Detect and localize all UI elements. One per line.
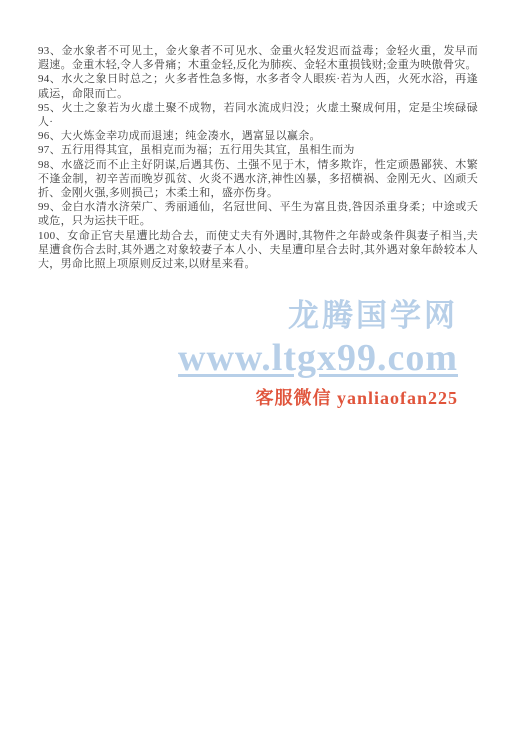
paragraph: 99、金白水清水济荣广、秀丽通仙，名冠世间、平生为富且贵,咎因杀重身柔；中途或夭… xyxy=(38,200,478,228)
watermark: 龙腾国学网 www.ltgx99.com 客服微信 yanliaofan225 xyxy=(178,300,458,407)
scanned-document-page: 93、金水象者不可见土，金火象者不可见水、金重火轻发迟而益毒；金轻火重，发早而遐… xyxy=(0,0,510,740)
watermark-site-name: 龙腾国学网 xyxy=(178,300,458,331)
paragraph: 97、五行用得其宜，虽相克而为福；五行用失其宜，虽相生而为 xyxy=(38,143,478,157)
paragraph: 95、火土之象若为火虚土聚不成物，若同水流成归没；火虚土聚成何用，定是尘埃碌碌人… xyxy=(38,101,478,129)
paragraph: 98、水盛泛而不止主好阴谋,后遇其伤、土强不见于木，情多欺诈，性定顽愚鄙狭、木繁… xyxy=(38,158,478,201)
document-body: 93、金水象者不可见土，金火象者不可见水、金重火轻发迟而益毒；金轻火重，发早而遐… xyxy=(38,44,478,271)
watermark-site-url: www.ltgx99.com xyxy=(178,339,458,377)
paragraph: 100、女命正官夫星遭比劫合去，而使丈夫有外遇时,其物件之年龄或条件與妻子相当,… xyxy=(38,229,478,272)
paragraph: 93、金水象者不可见土，金火象者不可见水、金重火轻发迟而益毒；金轻火重，发早而遐… xyxy=(38,44,478,72)
watermark-contact: 客服微信 yanliaofan225 xyxy=(178,389,458,407)
paragraph: 96、大火炼金幸功成而退速；纯金凑水，遇富显以赢余。 xyxy=(38,129,478,143)
paragraph: 94、水火之象日时总之；火多者性急多悔，水多者令人眼疾·若为人西，火死水浴，再逢… xyxy=(38,72,478,100)
